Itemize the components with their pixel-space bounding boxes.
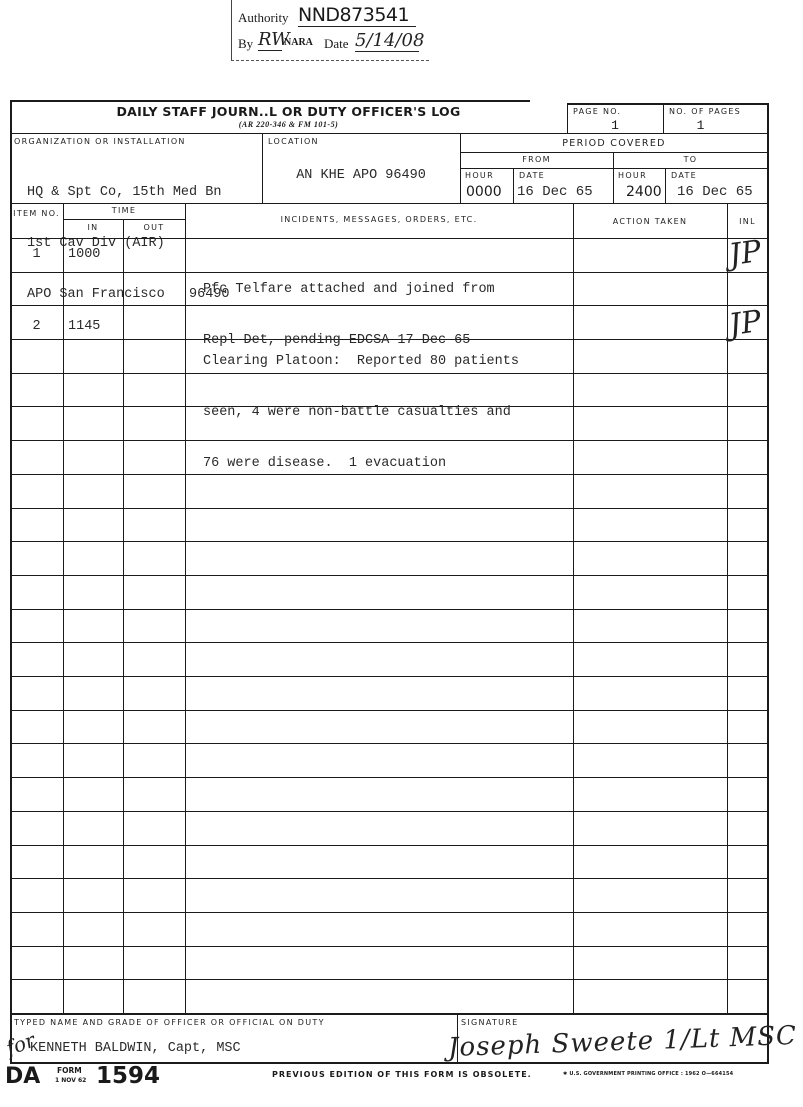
to-label: TO xyxy=(613,155,768,164)
table-row-line xyxy=(10,541,769,542)
table-bottom-line xyxy=(10,1013,769,1015)
time-subheader-line xyxy=(63,219,185,220)
to-date-value: 16 Dec 65 xyxy=(677,184,753,200)
period-covered-label: PERIOD COVERED xyxy=(460,138,768,149)
entry-incident-line: Pfc Telfare attached and joined from xyxy=(203,281,495,298)
table-row-line xyxy=(10,575,769,576)
from-date-value: 16 Dec 65 xyxy=(517,184,593,200)
table-row-line xyxy=(10,508,769,509)
from-hour-date-divider xyxy=(513,168,514,203)
form-top-border-left xyxy=(10,100,530,102)
form-word-label: FORM xyxy=(57,1066,82,1075)
table-row-line xyxy=(10,710,769,711)
table-row-line xyxy=(10,777,769,778)
form-top-border-right xyxy=(567,103,768,105)
form-left-border xyxy=(10,100,12,1063)
no-of-pages-value: 1 xyxy=(663,118,738,133)
page-no-label: PAGE NO. xyxy=(573,107,621,116)
from-hour-label: HOUR xyxy=(465,171,494,180)
entry-time-in: 1145 xyxy=(68,319,100,334)
from-hour-value: 0000 xyxy=(466,184,502,200)
by-initials: RW xyxy=(258,29,282,51)
form-subtitle: (AR 220-346 & FM 101-5) xyxy=(10,120,567,129)
from-date-label: DATE xyxy=(519,171,545,180)
location-value: AN KHE APO 96490 xyxy=(262,168,460,183)
time-header: TIME xyxy=(63,206,185,215)
location-label: LOCATION xyxy=(268,137,319,146)
table-row-line xyxy=(10,979,769,980)
organization-line-3: APO San Francisco 96490 xyxy=(27,286,230,303)
form-number: 1594 xyxy=(96,1063,160,1089)
table-row-line xyxy=(10,642,769,643)
table-row-line xyxy=(10,946,769,947)
declassification-stamp: Authority NND873541 By RW NARA Date 5/14… xyxy=(231,0,429,61)
table-row-line xyxy=(10,912,769,913)
organization-line-1: HQ & Spt Co, 15th Med Bn xyxy=(27,184,230,201)
table-row-line xyxy=(10,676,769,677)
entry-incident: Clearing Platoon: Reported 80 patients s… xyxy=(203,319,519,506)
signature-value: Joseph Sweete 1/Lt MSC xyxy=(448,1021,798,1063)
by-label: By xyxy=(238,36,253,52)
column-divider-out xyxy=(185,203,186,1013)
from-to-divider xyxy=(613,152,614,203)
nara-label: NARA xyxy=(284,37,313,48)
printing-office-notice: ✱ U.S. GOVERNMENT PRINTING OFFICE : 1962… xyxy=(563,1071,733,1077)
table-row-line xyxy=(10,609,769,610)
table-row-line xyxy=(10,811,769,812)
to-hour-label: HOUR xyxy=(618,171,647,180)
form-right-border xyxy=(767,103,769,1063)
time-in-header: IN xyxy=(63,223,123,232)
incidents-header: INCIDENTS, MESSAGES, ORDERS, ETC. xyxy=(185,215,573,224)
obsolete-notice: PREVIOUS EDITION OF THIS FORM IS OBSOLET… xyxy=(272,1070,532,1079)
organization-label: ORGANIZATION OR INSTALLATION xyxy=(14,137,186,146)
authority-value: NND873541 xyxy=(298,4,416,27)
action-taken-header: ACTION TAKEN xyxy=(573,217,727,226)
form-date-label: 1 NOV 62 xyxy=(55,1077,86,1084)
typed-name-label: TYPED NAME AND GRADE OF OFFICER OR OFFIC… xyxy=(14,1018,325,1027)
column-divider-incidents xyxy=(573,203,574,1013)
to-date-label: DATE xyxy=(671,171,697,180)
entry-item-no: 1 xyxy=(10,247,63,262)
entry-incident-line: seen, 4 were non-battle casualties and xyxy=(203,404,519,421)
form-title: DAILY STAFF JOURN..L OR DUTY OFFICER'S L… xyxy=(10,104,567,119)
signature-label: SIGNATURE xyxy=(461,1018,519,1027)
authority-label: Authority xyxy=(238,10,289,26)
page-no-value: 1 xyxy=(567,118,663,133)
from-label: FROM xyxy=(460,155,613,164)
form-da-label: DA xyxy=(5,1064,40,1089)
item-no-header: ITEM NO. xyxy=(10,208,63,219)
table-row-line xyxy=(10,743,769,744)
title-row-bottom-line xyxy=(10,133,769,134)
date-value: 5/14/08 xyxy=(355,30,419,52)
table-row-line xyxy=(10,878,769,879)
table-row-line xyxy=(10,845,769,846)
entry-item-no: 2 xyxy=(10,319,63,334)
entry-time-in: 1000 xyxy=(68,247,100,262)
organization-value: HQ & Spt Co, 15th Med Bn 1st Cav Div (AI… xyxy=(27,150,230,337)
to-hour-date-divider xyxy=(665,168,666,203)
initials-header: INL xyxy=(727,217,768,226)
entry-initials-signature: JP xyxy=(727,234,764,273)
time-out-header: OUT xyxy=(123,223,185,232)
from-to-line xyxy=(460,168,768,169)
to-hour-value: 2400 xyxy=(626,184,662,200)
entry-incident-line: 76 were disease. 1 evacuation xyxy=(203,455,519,472)
date-label: Date xyxy=(324,36,349,52)
no-of-pages-label: NO. OF PAGES xyxy=(669,107,741,116)
typed-name-value: KENNETH BALDWIN, Capt, MSC xyxy=(30,1041,241,1056)
entry-incident-line: Clearing Platoon: Reported 80 patients xyxy=(203,353,519,370)
entry-initials-signature: JP xyxy=(727,304,764,343)
column-divider-item xyxy=(63,203,64,1013)
column-divider-action xyxy=(727,203,728,1013)
period-header-line xyxy=(460,152,768,153)
org-row-bottom-line xyxy=(10,203,769,204)
